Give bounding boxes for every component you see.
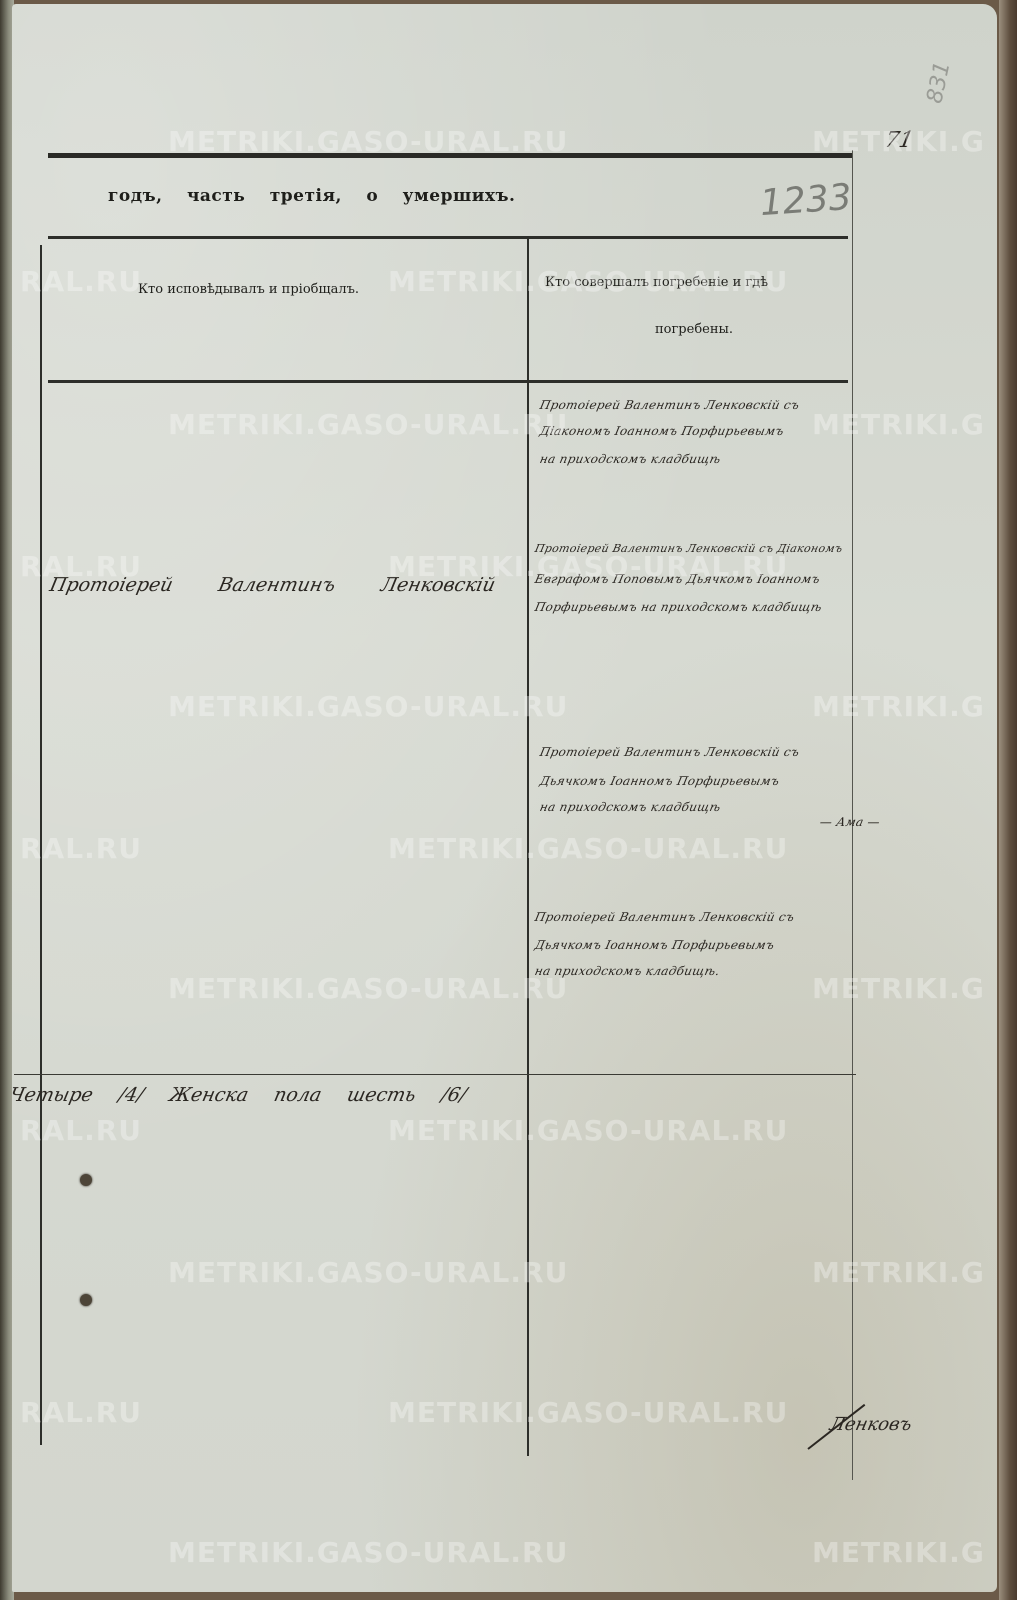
top-rule: [48, 153, 853, 158]
header-bottom-rule: [48, 380, 848, 383]
burial-entry-4-line2: Дьячкомъ Іоанномъ Порфирьевымъ: [534, 938, 776, 952]
burial-entry-3-note: — Ама —: [819, 815, 882, 829]
column-header-confessor: Кто исповѣдывалъ и пріобщалъ.: [138, 282, 359, 297]
left-column-border: [40, 245, 42, 1445]
column-header-burial-line2: погребены.: [655, 322, 733, 337]
burial-entry-4-line3: на приходскомъ кладбищѣ.: [534, 964, 722, 978]
title-underline: [48, 236, 848, 239]
folio-number: 71: [882, 128, 915, 153]
totals-rule: [14, 1074, 856, 1075]
archive-number-pencil: 1233: [759, 177, 853, 224]
burial-entry-3-line3: на приходскомъ кладбищѣ: [539, 800, 723, 814]
burial-entry-2-line1: Протоіерей Валентинъ Ленковскій съ Діако…: [534, 542, 844, 555]
page-edge-shadow: [999, 0, 1017, 1600]
burial-entry-1-line2: Діакономъ Іоанномъ Порфирьевымъ: [539, 424, 786, 438]
burial-entry-2-line2: Евграфомъ Поповымъ Дьячкомъ Іоанномъ: [534, 572, 822, 586]
binding-hole-2: [80, 1294, 92, 1306]
burial-entry-3-line1: Протоіерей Валентинъ Ленковскій съ: [539, 745, 801, 759]
burial-entry-4-line1: Протоіерей Валентинъ Ленковскій съ: [534, 910, 796, 924]
confessor-entry: Протоіерей Валентинъ Ленковскій: [48, 574, 498, 596]
burial-entry-3-line2: Дьячкомъ Іоанномъ Порфирьевымъ: [539, 774, 781, 788]
burial-entry-2-line3: Порфирьевымъ на приходскомъ кладбищѣ: [534, 600, 824, 614]
burial-entry-1-line3: на приходскомъ кладбищѣ: [539, 452, 723, 466]
middle-column-divider: [527, 236, 529, 1456]
column-header-burial-line1: Кто совершалъ погребеніе и гдѣ: [545, 275, 768, 290]
binding-hole-1: [80, 1174, 92, 1186]
page-header-title: годъ, часть третія, о умершихъ.: [108, 186, 515, 206]
ledger-page: [12, 4, 997, 1592]
signature: Ленковъ: [828, 1414, 914, 1435]
burial-entry-1-line1: Протоіерей Валентинъ Ленковскій съ: [539, 398, 801, 412]
totals-summary: Четыре /4/ Женска пола шесть /6/: [8, 1084, 469, 1106]
